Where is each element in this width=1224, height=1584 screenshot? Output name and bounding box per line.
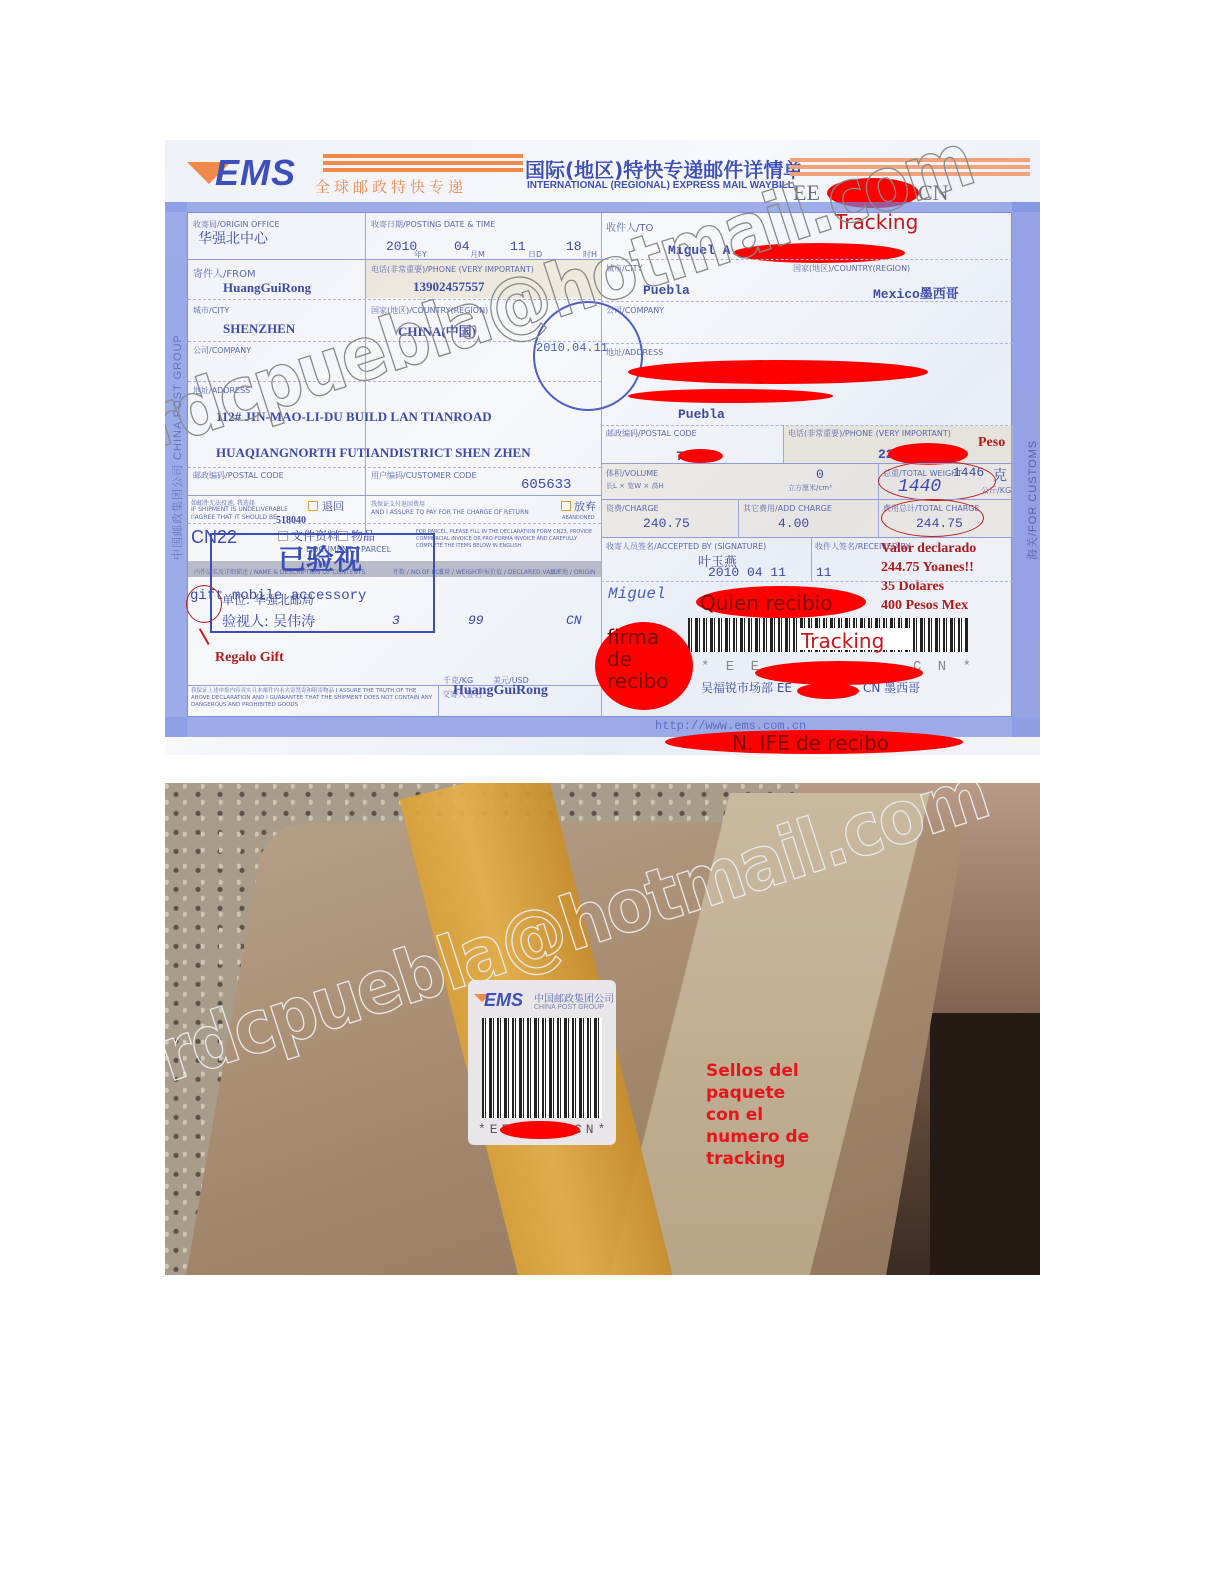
posting-day: 11 (510, 239, 526, 254)
charge-value: 240.75 (643, 516, 690, 531)
sender-country: CHINA(中国) (398, 321, 476, 340)
divider (878, 463, 879, 537)
annotation-line: 244.75 Yoanes!! (881, 558, 976, 577)
side-strip-left: 中国邮政集团公司 CHINA POST GROUP (165, 202, 187, 737)
sender-city: SHENZHEN (223, 321, 295, 337)
annotation-quien-recibio: Quien recibio (700, 591, 832, 615)
undeliverable-text-en2: I AGREE THAT IT SHOULD BE (191, 514, 277, 521)
divider (188, 495, 601, 496)
annotation-line: tracking (706, 1148, 809, 1170)
divider (811, 537, 812, 581)
volume-dims: 长L × 宽W × 高H (606, 481, 664, 491)
contents-origin: CN (566, 613, 582, 628)
side-strip-right: 海关/FOR CUSTOMS (1012, 202, 1040, 737)
china-post-group-text: 中国邮政集团公司 CHINA POST GROUP (169, 340, 185, 560)
label-barcode (482, 1018, 602, 1118)
redaction-label-tracking (500, 1121, 580, 1139)
annotation-sellos: Sellos del paquete con el numero de trac… (706, 1060, 809, 1170)
inspection-stamp-text: 已验视 (278, 538, 362, 578)
label-company-cn: 中国邮政集团公司 (534, 990, 614, 1005)
divider (601, 343, 1013, 344)
waybill-title-cn: 国际(地区)特快专递邮件详情单 (525, 154, 803, 183)
abandon-label: 放弃 (574, 498, 596, 514)
recipient-postal-label: 邮政编码/POSTAL CODE (606, 428, 697, 439)
ems-logo-text: EMS (215, 152, 296, 194)
label-company-en: CHINA POST GROUP (534, 1004, 604, 1011)
annotation-peso: Peso (978, 435, 1005, 451)
label-ems-logo: EMS (484, 990, 523, 1011)
header-origin: 原产地 / ORIGIN (550, 567, 595, 576)
volume-label: 体积/VOLUME (606, 468, 658, 479)
volume-unit: 立方厘米/cm³ (788, 483, 832, 493)
annotation-line: 35 Dolares (881, 577, 976, 596)
charge-highlight-circle (881, 499, 984, 537)
recipient-phone-label: 电话(非常重要)/PHONE (VERY IMPORTANT) (788, 428, 951, 439)
annotation-line: 400 Pesos Mex (881, 596, 976, 615)
annotation-ife: N. IFE de recibo (732, 731, 889, 755)
annotation-line: firma (607, 626, 669, 648)
return-label: 退回 (322, 498, 344, 514)
annotation-line: recibo (607, 670, 669, 692)
ems-waybill-scan: EMS 全球邮政特快专递 国际(地区)特快专递邮件详情单 INTERNATION… (165, 140, 1040, 755)
undeliverable-text-en: IF SHIPMENT IS UNDELIVERABLE (191, 506, 288, 513)
ems-slogan: 全球邮政特快专递 (315, 176, 467, 197)
sender-country-label: 国家(地区)/COUNTRY(REGION) (371, 305, 488, 316)
contents-declared-value: 99 (468, 613, 484, 628)
abandon-checkbox[interactable] (561, 501, 571, 511)
sender-name: HuangGuiRong (223, 280, 311, 296)
sender-phone: 13902457557 (413, 279, 485, 295)
to-label: 收件人/TO (606, 219, 653, 234)
annotation-tracking-top: Tracking (835, 210, 918, 234)
abandon-label-en: ABANDONED (562, 515, 595, 521)
recipient-country: Mexico墨西哥 (873, 283, 959, 302)
charge-label: 资费/CHARGE (606, 503, 659, 514)
add-charge-label: 其它费用/ADD CHARGE (743, 503, 832, 514)
divider (738, 499, 739, 537)
for-customs-text: 海关/FOR CUSTOMS (1024, 360, 1040, 560)
origin-office-value: 华强北中心 (198, 228, 268, 248)
signature-scrawl: Miguel (608, 585, 666, 603)
recipient-city: Puebla (643, 283, 690, 298)
customer-code: 605633 (521, 477, 571, 493)
stamp-inspector: 验视人: 吴伟涛 (222, 611, 315, 631)
annotation-declared-value: Valor declarado 244.75 Yoanes!! 35 Dolar… (881, 539, 976, 615)
ems-stripes (323, 154, 523, 176)
package-photo: EMS 中国邮政集团公司 CHINA POST GROUP *EE CN* Se… (165, 783, 1040, 1275)
divider (188, 467, 601, 468)
ems-logo: EMS (187, 148, 327, 198)
divider (601, 537, 1013, 538)
sender-phone-label: 电话(非常重要)/PHONE (VERY IMPORTANT) (371, 264, 534, 275)
divider (601, 259, 1013, 260)
sender-address-line2: HUAQIANGNORTH FUTIANDISTRICT SHEN ZHEN (216, 445, 531, 461)
recipient-address-label: 地址/ADDRESS (606, 347, 663, 358)
redaction-barcode-number (755, 661, 923, 685)
posting-date-label: 收寄日期/POSTING DATE & TIME (371, 219, 495, 230)
annotation-line: paquete (706, 1082, 809, 1104)
waybill-header: EMS 全球邮政特快专递 国际(地区)特快专递邮件详情单 INTERNATION… (165, 140, 1040, 202)
annotation-line: Sellos del (706, 1060, 809, 1082)
recipient-country-label: 国家(地区)/COUNTRY(REGION) (793, 263, 910, 274)
volume-value: 0 (816, 467, 824, 482)
declaration-text: 我保证上述申报内容真实且本邮件内未夹寄禁寄和限寄物品 I ASSURE THE … (191, 688, 436, 709)
posting-year: 2010 (386, 239, 417, 254)
postal-stamp-code: 518040 (276, 515, 306, 526)
barcode-line2: 吴福锐市场部 EE (701, 679, 792, 696)
recipient-name: Miguel A (668, 243, 730, 258)
divider (438, 685, 439, 718)
redaction-address-line1 (628, 360, 928, 384)
divider (188, 299, 601, 300)
redaction-address-line2 (628, 389, 833, 403)
divider (188, 523, 601, 524)
redaction-barcode-line2 (797, 683, 859, 699)
annotation-line: con el (706, 1104, 809, 1126)
header-weight: 重量 / WEIGHT (438, 567, 480, 576)
sender-company-label: 公司/COMPANY (193, 345, 251, 356)
redaction-recipient-name (733, 243, 905, 263)
recipient-address-city: Puebla (678, 407, 725, 422)
posting-month: 04 (454, 239, 470, 254)
sender-address-label: 地址/ADDRESS (193, 385, 250, 396)
cn22-instructions: FOR PARCEL, PLEASE FILL IN THE DECLARATI… (416, 529, 600, 550)
sender-signature: HuangGuiRong (453, 683, 548, 699)
annotation-tracking-bottom: Tracking (801, 629, 884, 653)
barcode-text-prefix: * E E (701, 659, 763, 675)
weight-highlight-circle (878, 461, 996, 501)
accepted-by-label: 收寄人员签名/ACCEPTED BY (SIGNATURE) (606, 541, 766, 552)
annotation-line: Valor declarado (881, 539, 976, 558)
stamp-office: 单位: 华强北邮局 (222, 591, 314, 608)
assure-text-cn: 我保证支付退回费用 (371, 499, 425, 508)
sender-address-line1: 112# JIN-MAO-LI-DU BUILD LAN TIANROAD (216, 409, 492, 425)
received-date: 11 (816, 565, 832, 580)
divider (601, 301, 1013, 302)
assure-text-en: AND I ASSURE TO PAY FOR THE CHARGE OF RE… (371, 509, 529, 516)
sender-city-label: 城市/CITY (193, 305, 229, 316)
posting-hour: 18 (566, 239, 582, 254)
divider (601, 581, 1013, 582)
accepted-date: 2010 04 11 (708, 565, 786, 580)
redaction-postal (678, 449, 723, 463)
annotation-regalo-gift: Regalo Gift (215, 650, 284, 666)
stamp-date: 2010.04.11 (536, 341, 608, 355)
dark-object (930, 1013, 1040, 1275)
gift-highlight-circle (186, 585, 222, 623)
waybill-title-en: INTERNATIONAL (REGIONAL) EXPRESS MAIL WA… (527, 180, 794, 191)
ems-package-label: EMS 中国邮政集团公司 CHINA POST GROUP *EE CN* (468, 980, 616, 1145)
annotation-line: de (607, 648, 669, 670)
sender-postal-label: 邮政编码/POSTAL CODE (193, 470, 284, 481)
recipient-city-label: 城市/CITY (606, 263, 642, 274)
annotation-line: numero de (706, 1126, 809, 1148)
annotation-firma: firma de recibo (607, 626, 669, 692)
return-checkbox[interactable] (308, 501, 318, 511)
from-label: 寄件人/FROM (193, 265, 256, 280)
add-charge-value: 4.00 (778, 516, 809, 531)
customer-code-label: 用户编码/CUSTOMER CODE (371, 470, 477, 481)
header-stripes-right (790, 158, 1030, 179)
